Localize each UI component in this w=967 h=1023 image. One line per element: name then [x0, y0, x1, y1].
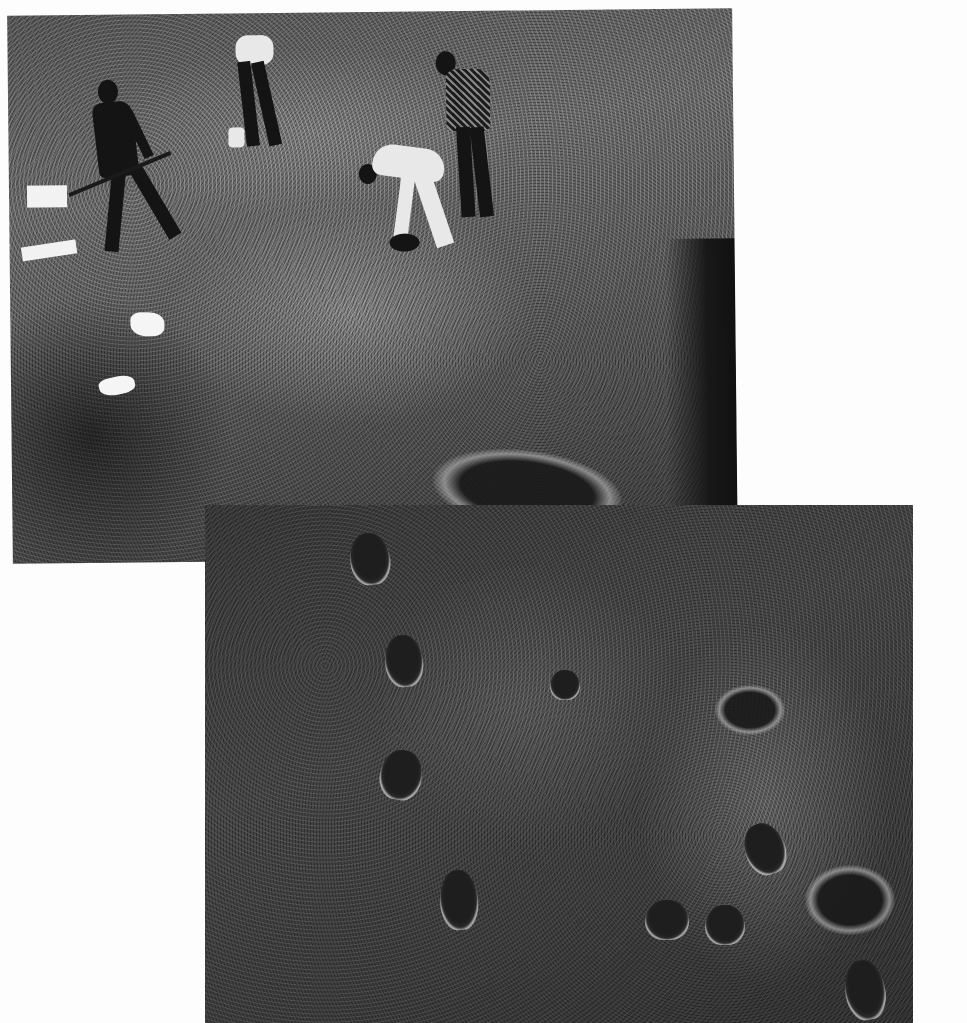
- shovel-blade: [27, 185, 67, 207]
- excavation-photo-top: [7, 8, 738, 564]
- footprint-photo-bottom: [205, 505, 913, 1023]
- worker-bending: [358, 141, 489, 262]
- paper-scrap: [130, 312, 164, 336]
- ground-depression: [715, 685, 785, 735]
- footprint: [705, 905, 745, 945]
- halftone-texture: [205, 505, 913, 1023]
- footprint: [550, 670, 580, 700]
- footprint: [645, 900, 689, 940]
- ground-depression: [805, 865, 895, 935]
- worker-standing-back: [227, 35, 318, 156]
